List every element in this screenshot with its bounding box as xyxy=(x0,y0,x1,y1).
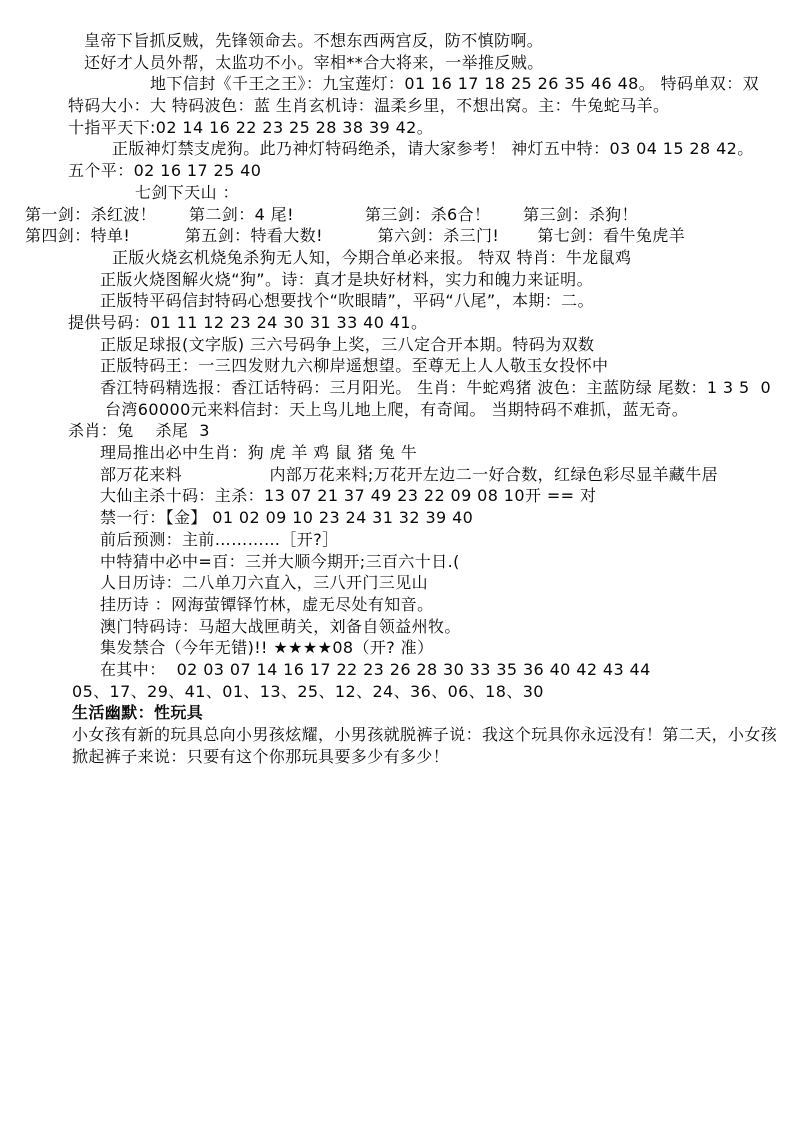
text-line: 正版特码王：一三四发财九六柳岸遥想望。至尊无上人人敬玉女投怀中 xyxy=(0,355,793,377)
text-line: 皇帝下旨抓反贼，先锋领命去。不想东西两宫反，防不慎防啊。 xyxy=(0,30,793,52)
text-line: 禁一行：【金】 01 02 09 10 23 24 31 32 39 40 xyxy=(0,507,793,529)
text-line: 正版神灯禁支虎狗。此乃神灯特码绝杀，请大家参考！ 神灯五中特：03 04 15 … xyxy=(0,138,793,160)
text-line: 在其中： 02 03 07 14 16 17 22 23 26 28 30 33… xyxy=(0,659,793,681)
text-line: 正版特平码信封特码心想要找个“吹眼睛”，平码“八尾”，本期：二。 xyxy=(0,290,793,312)
text-line: 台湾60000元来料信封：天上鸟儿地上爬，有奇闻。 当期特码不难抓，蓝无奇。 xyxy=(0,399,793,421)
text-line: 正版火烧玄机烧兔杀狗无人知，今期合单必来报。 特双 特肖：牛龙鼠鸡 xyxy=(0,247,793,269)
text-line: 提供号码：01 11 12 23 24 30 31 33 40 41。 xyxy=(0,312,793,334)
content-lines: 皇帝下旨抓反贼，先锋领命去。不想东西两宫反，防不慎防啊。还好才人员外帮，太监功不… xyxy=(0,30,793,767)
text-line: 大仙主杀十码：主杀：13 07 21 37 49 23 22 09 08 10开… xyxy=(0,485,793,507)
text-line: 部万花来料 内部万花来料;万花开左边二一好合数，红绿色彩尽显羊藏牛居 xyxy=(0,464,793,486)
text-line: 集发禁合（今年无错)!! ★★★★08（开? 准） xyxy=(0,637,793,659)
text-line: 地下信封《千王之王》：九宝莲灯：01 16 17 18 25 26 35 46 … xyxy=(0,73,793,95)
text-line: 前后预测：主前…………［开?］ xyxy=(0,529,793,551)
text-line: 香江特码精选报：香江话特码：三月阳光。 生肖：牛蛇鸡猪 波色：主蓝防绿 尾数：1… xyxy=(0,377,793,399)
text-line: 小女孩有新的玩具总向小男孩炫耀，小男孩就脱裤子说：我这个玩具你永远没有！第二天，… xyxy=(0,724,793,746)
text-line: 生活幽默：性玩具 xyxy=(0,702,793,724)
text-line: 05、17、29、41、01、13、25、12、24、36、06、18、30 xyxy=(0,681,793,703)
text-line: 第一剑：杀红波！ 第二剑：4 尾! 第三剑：杀6合！ 第三剑：杀狗！ xyxy=(0,204,793,226)
text-line: 还好才人员外帮，太监功不小。宰相**合大将来，一举推反贼。 xyxy=(0,52,793,74)
text-line: 杀肖：兔 杀尾 3 xyxy=(0,420,793,442)
text-line: 人日历诗：二八单刀六直入，三八开门三见山 xyxy=(0,572,793,594)
text-line: 中特猜中必中=百：三并大顺今期开;三百六十日.( xyxy=(0,551,793,573)
text-line: 澳门特码诗：马超大战匣萌关，刘备自领益州牧。 xyxy=(0,616,793,638)
text-line: 理局推出必中生肖：狗 虎 羊 鸡 鼠 猪 兔 牛 xyxy=(0,442,793,464)
text-line: 掀起裤子来说：只要有这个你那玩具要多少有多少！ xyxy=(0,746,793,768)
text-line: 十指平天下:02 14 16 22 23 25 28 38 39 42。 xyxy=(0,117,793,139)
text-line: 五个平：02 16 17 25 40 xyxy=(0,160,793,182)
text-line: 七剑下天山 ： xyxy=(0,182,793,204)
lottery-tip-sheet: 第299期内部特码玄机诗(猜生肖)：上期开奖结果:22-20-49-37-39-… xyxy=(0,0,793,1122)
text-line: 正版足球报(文字版) 三六号码争上奖，三八定合开本期。特码为双数 xyxy=(0,334,793,356)
text-line: 特码大小：大 特码波色：蓝 生肖玄机诗：温柔乡里，不想出窝。主：牛兔蛇马羊。 xyxy=(0,95,793,117)
text-line: 正版火烧图解火烧“狗”。诗：真才是块好材料，实力和魄力来证明。 xyxy=(0,269,793,291)
text-line: 第四剑：特单! 第五剑：特看大数! 第六剑：杀三门! 第七剑：看牛兔虎羊 xyxy=(0,225,793,247)
text-line: 挂历诗 ：网海萤镡铎竹林，虚无尽处有知音。 xyxy=(0,594,793,616)
header: 第299期内部特码玄机诗(猜生肖)：上期开奖结果:22-20-49-37-39-… xyxy=(0,6,793,30)
